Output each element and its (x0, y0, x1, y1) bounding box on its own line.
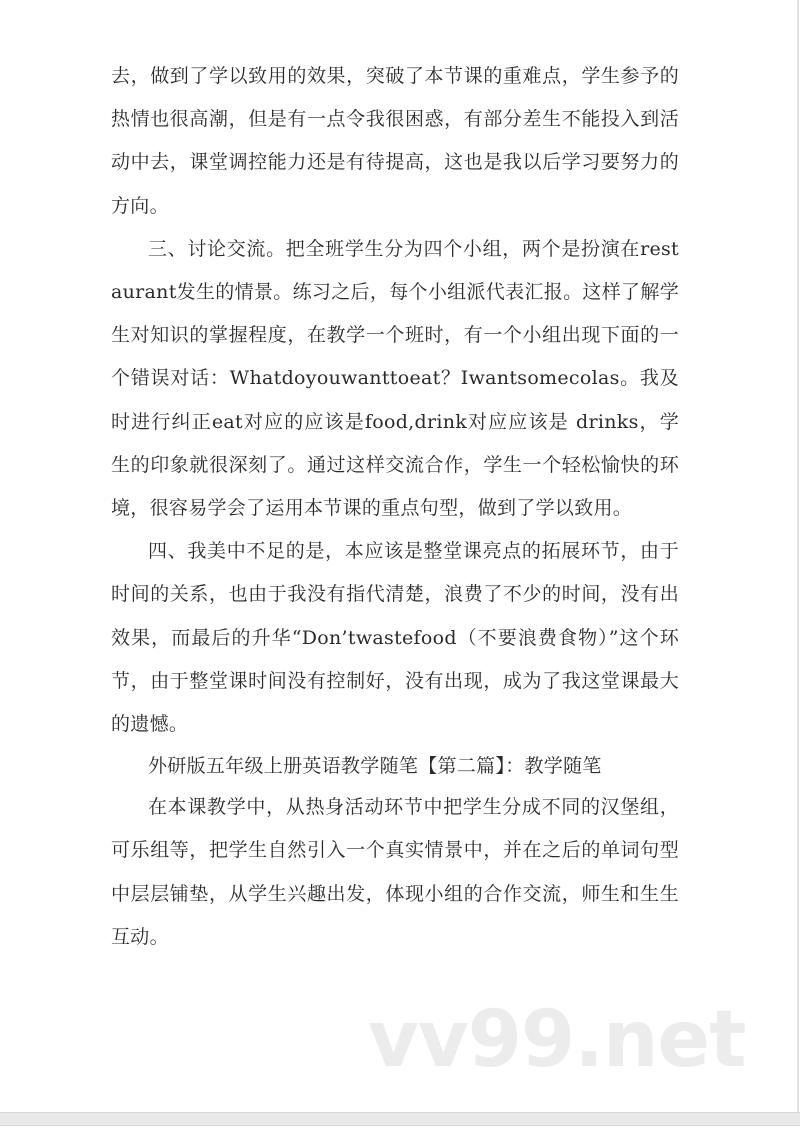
paragraph-continuation: 去，做到了学以致用的效果，突破了本节课的重难点，学生参予的热情也很高潮，但是有一… (111, 55, 679, 228)
document-body: 去，做到了学以致用的效果，突破了本节课的重难点，学生参予的热情也很高潮，但是有一… (111, 55, 679, 959)
document-page: 去，做到了学以致用的效果，突破了本节课的重难点，学生参予的热情也很高潮，但是有一… (0, 0, 799, 1112)
watermark: vv99.net (368, 995, 746, 1085)
next-page-top (0, 1126, 800, 1137)
page-separator (0, 1112, 800, 1126)
paragraph-discussion: 三、讨论交流。把全班学生分为四个小组，两个是扮演在restaurant发生的情景… (111, 228, 679, 530)
section-heading: 外研版五年级上册英语教学随笔【第二篇】：教学随笔 (111, 746, 679, 786)
paragraph-second-article: 在本课教学中，从热身活动环节中把学生分成不同的汉堡组，可乐组等，把学生自然引入一… (111, 786, 679, 959)
paragraph-shortcomings: 四、我美中不足的是，本应该是整堂课亮点的拓展环节，由于时间的关系，也由于我没有指… (111, 530, 679, 746)
